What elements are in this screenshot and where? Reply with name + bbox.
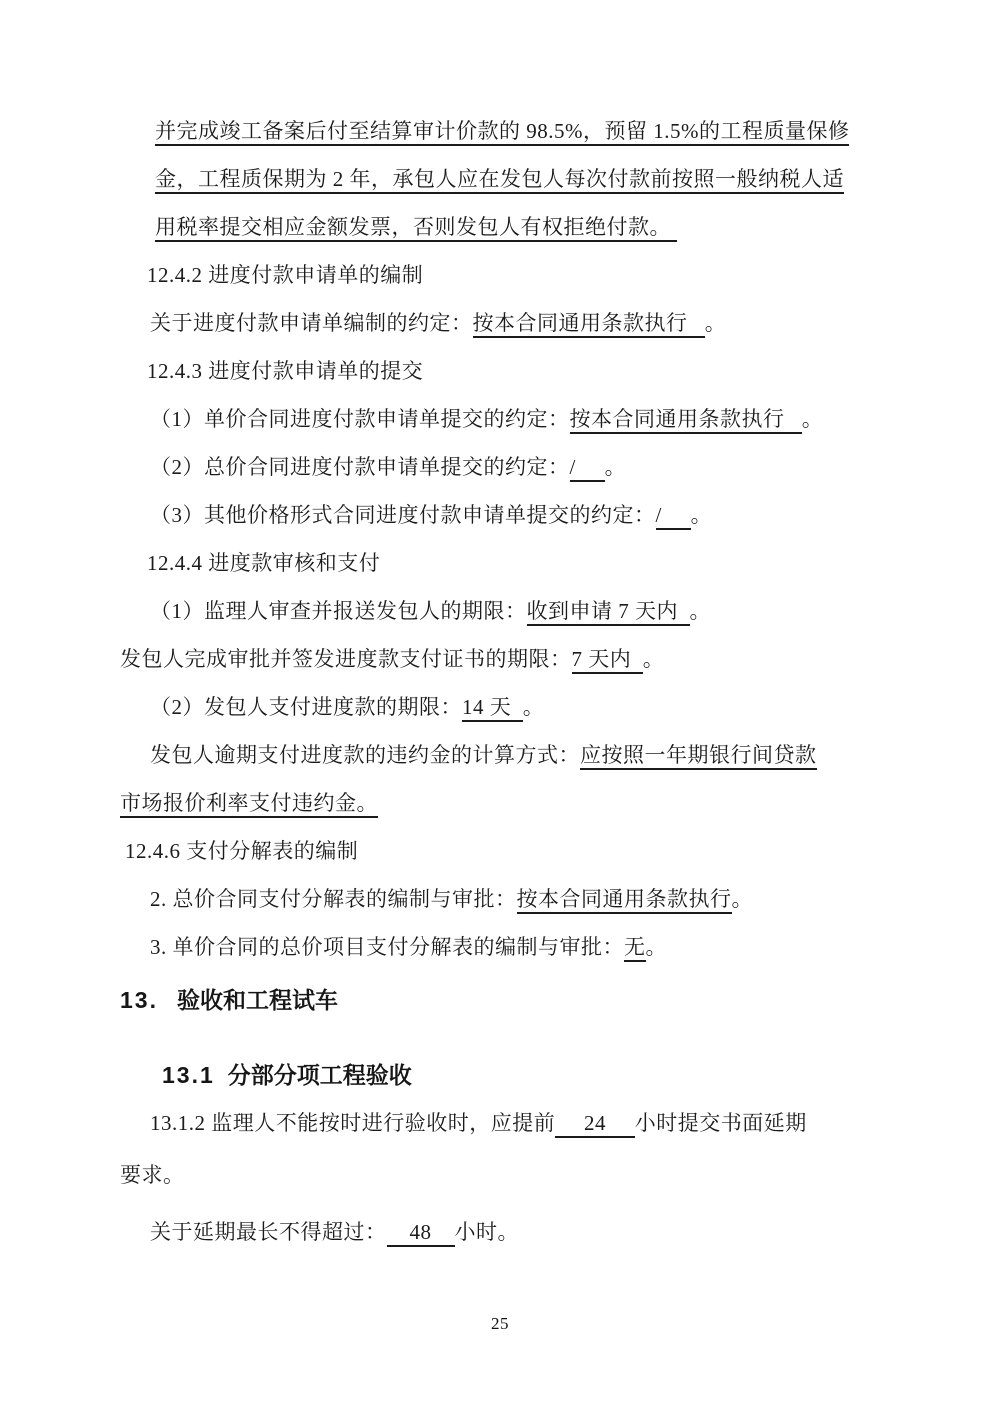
clause-12-4-6-item-2: 2. 总价合同支付分解表的编制与审批：按本合同通用条款执行。 <box>150 875 910 923</box>
clause-12-4-2-item-label: 关于进度付款申请单编制的约定： <box>150 311 473 335</box>
clause-12-4-4-item-2-label: （2）发包人支付进度款的期限： <box>150 695 462 719</box>
carryover-paragraph: 并完成竣工备案后付至结算审计价款的 98.5%，预留 1.5%的工程质量保修 金… <box>120 107 910 251</box>
carryover-line-1-text: 并完成竣工备案后付至结算审计价款的 98.5%，预留 1.5%的工程质量保修 <box>155 119 849 146</box>
clause-12-4-6-item-3-value: 无 <box>624 935 646 962</box>
carryover-line-2-text: 金，工程质保期为 2 年，承包人应在发包人每次付款前按照一般纳税人适 <box>155 167 844 194</box>
clause-12-4-4-item-2: （2）发包人支付进度款的期限：14 天 。 <box>150 683 910 731</box>
clause-12-4-3-item-3-period: 。 <box>691 503 713 527</box>
clause-12-4-3-item-2-label: （2）总价合同进度付款申请单提交的约定： <box>150 455 570 479</box>
carryover-line-3: 用税率提交相应金额发票，否则发包人有权拒绝付款。 <box>155 203 910 251</box>
clause-12-4-6-item-2-period: 。 <box>732 887 754 911</box>
clause-13-1-2-line-2: 要求。 <box>120 1151 910 1199</box>
clause-13-1-2-line-3: 关于延期最长不得超过： 48 小时。 <box>150 1208 910 1256</box>
clause-12-4-2-item-value: 按本合同通用条款执行 <box>473 311 705 338</box>
clause-12-4-4-heading: 12.4.4 进度款审核和支付 <box>147 539 910 587</box>
section-13-1-number: 13.1 <box>162 1062 215 1088</box>
carryover-line-2: 金，工程质保期为 2 年，承包人应在发包人每次付款前按照一般纳税人适 <box>155 155 910 203</box>
clause-12-4-2-item-period: 。 <box>705 311 727 335</box>
clause-12-4-4-item-1-value: 收到申请 7 天内 <box>527 599 690 626</box>
clause-12-4-3-item-2: （2）总价合同进度付款申请单提交的约定：/ 。 <box>150 443 910 491</box>
clause-12-4-3-item-1-value: 按本合同通用条款执行 <box>570 407 802 434</box>
carryover-line-1: 并完成竣工备案后付至结算审计价款的 98.5%，预留 1.5%的工程质量保修 <box>155 107 910 155</box>
clause-12-4-4-penalty-label: 发包人逾期支付进度款的违约金的计算方式： <box>150 743 580 767</box>
clause-12-4-4-item-1b: 发包人完成审批并签发进度款支付证书的期限：7 天内 。 <box>120 635 910 683</box>
clause-12-4-4-item-2-period: 。 <box>523 695 545 719</box>
clause-12-4-4-penalty-value-2: 市场报价利率支付违约金。 <box>120 791 378 818</box>
clause-13-1-2-post: 小时提交书面延期 <box>635 1111 807 1135</box>
clause-12-4-6-item-3-period: 。 <box>646 935 668 959</box>
clause-12-4-4-item-2-value: 14 天 <box>462 695 523 722</box>
contract-page: 并完成竣工备案后付至结算审计价款的 98.5%，预留 1.5%的工程质量保修 金… <box>0 0 1000 1415</box>
carryover-line-3-text: 用税率提交相应金额发票，否则发包人有权拒绝付款。 <box>155 215 677 242</box>
clause-12-4-6-item-3-label: 3. 单价合同的总价项目支付分解表的编制与审批： <box>150 935 624 959</box>
page-number: 25 <box>0 1310 1000 1338</box>
section-13-title: 验收和工程试车 <box>177 987 338 1013</box>
clause-12-4-3-item-3-value: / <box>656 503 691 530</box>
section-13-1-heading: 13.1分部分项工程验收 <box>162 1051 910 1099</box>
clause-12-4-2-heading: 12.4.2 进度付款申请单的编制 <box>147 251 910 299</box>
clause-12-4-4-item-1b-value: 7 天内 <box>572 647 643 674</box>
clause-13-1-2-blank-48: 48 <box>387 1220 455 1247</box>
clause-12-4-6-item-2-value: 按本合同通用条款执行 <box>517 887 732 914</box>
section-13-heading: 13.验收和工程试车 <box>120 976 910 1024</box>
clause-12-4-3-item-3: （3）其他价格形式合同进度付款申请单提交的约定：/ 。 <box>150 491 910 539</box>
clause-13-1-2-pre: 13.1.2 监理人不能按时进行验收时，应提前 <box>150 1111 555 1135</box>
clause-12-4-4-item-1b-period: 。 <box>643 647 665 671</box>
clause-12-4-4-item-1b-label: 发包人完成审批并签发进度款支付证书的期限： <box>120 647 572 671</box>
clause-13-1-2-delay-label: 关于延期最长不得超过： <box>150 1220 387 1244</box>
clause-12-4-3-item-2-period: 。 <box>605 455 627 479</box>
clause-12-4-4-item-1: （1）监理人审查并报送发包人的期限：收到申请 7 天内 。 <box>150 587 910 635</box>
clause-12-4-2-item: 关于进度付款申请单编制的约定：按本合同通用条款执行 。 <box>150 299 910 347</box>
section-13-1-title: 分部分项工程验收 <box>228 1062 412 1088</box>
clause-12-4-3-heading: 12.4.3 进度付款申请单的提交 <box>147 347 910 395</box>
clause-12-4-4-item-1-period: 。 <box>690 599 712 623</box>
clause-12-4-3-item-1-label: （1）单价合同进度付款申请单提交的约定： <box>150 407 570 431</box>
clause-12-4-3-item-3-label: （3）其他价格形式合同进度付款申请单提交的约定： <box>150 503 656 527</box>
clause-12-4-4-penalty-line-1: 发包人逾期支付进度款的违约金的计算方式：应按照一年期银行间贷款 <box>150 731 910 779</box>
clause-12-4-4-penalty-value-1: 应按照一年期银行间贷款 <box>580 743 817 770</box>
clause-12-4-6-heading: 12.4.6 支付分解表的编制 <box>125 827 910 875</box>
clause-12-4-4-penalty-line-2: 市场报价利率支付违约金。 <box>120 779 910 827</box>
clause-13-1-2-blank-24: 24 <box>555 1111 635 1138</box>
clause-12-4-4-item-1-label: （1）监理人审查并报送发包人的期限： <box>150 599 527 623</box>
clause-13-1-2-line-1: 13.1.2 监理人不能按时进行验收时，应提前 24 小时提交书面延期 <box>150 1099 910 1147</box>
clause-12-4-3-item-2-value: / <box>570 455 605 482</box>
clause-13-1-2-delay-post: 小时。 <box>455 1220 520 1244</box>
clause-12-4-6-item-2-label: 2. 总价合同支付分解表的编制与审批： <box>150 887 517 911</box>
section-13-number: 13. <box>120 987 158 1013</box>
clause-12-4-3-item-1-period: 。 <box>802 407 824 431</box>
clause-12-4-6-item-3: 3. 单价合同的总价项目支付分解表的编制与审批：无。 <box>150 923 910 971</box>
clause-12-4-3-item-1: （1）单价合同进度付款申请单提交的约定：按本合同通用条款执行 。 <box>150 395 910 443</box>
